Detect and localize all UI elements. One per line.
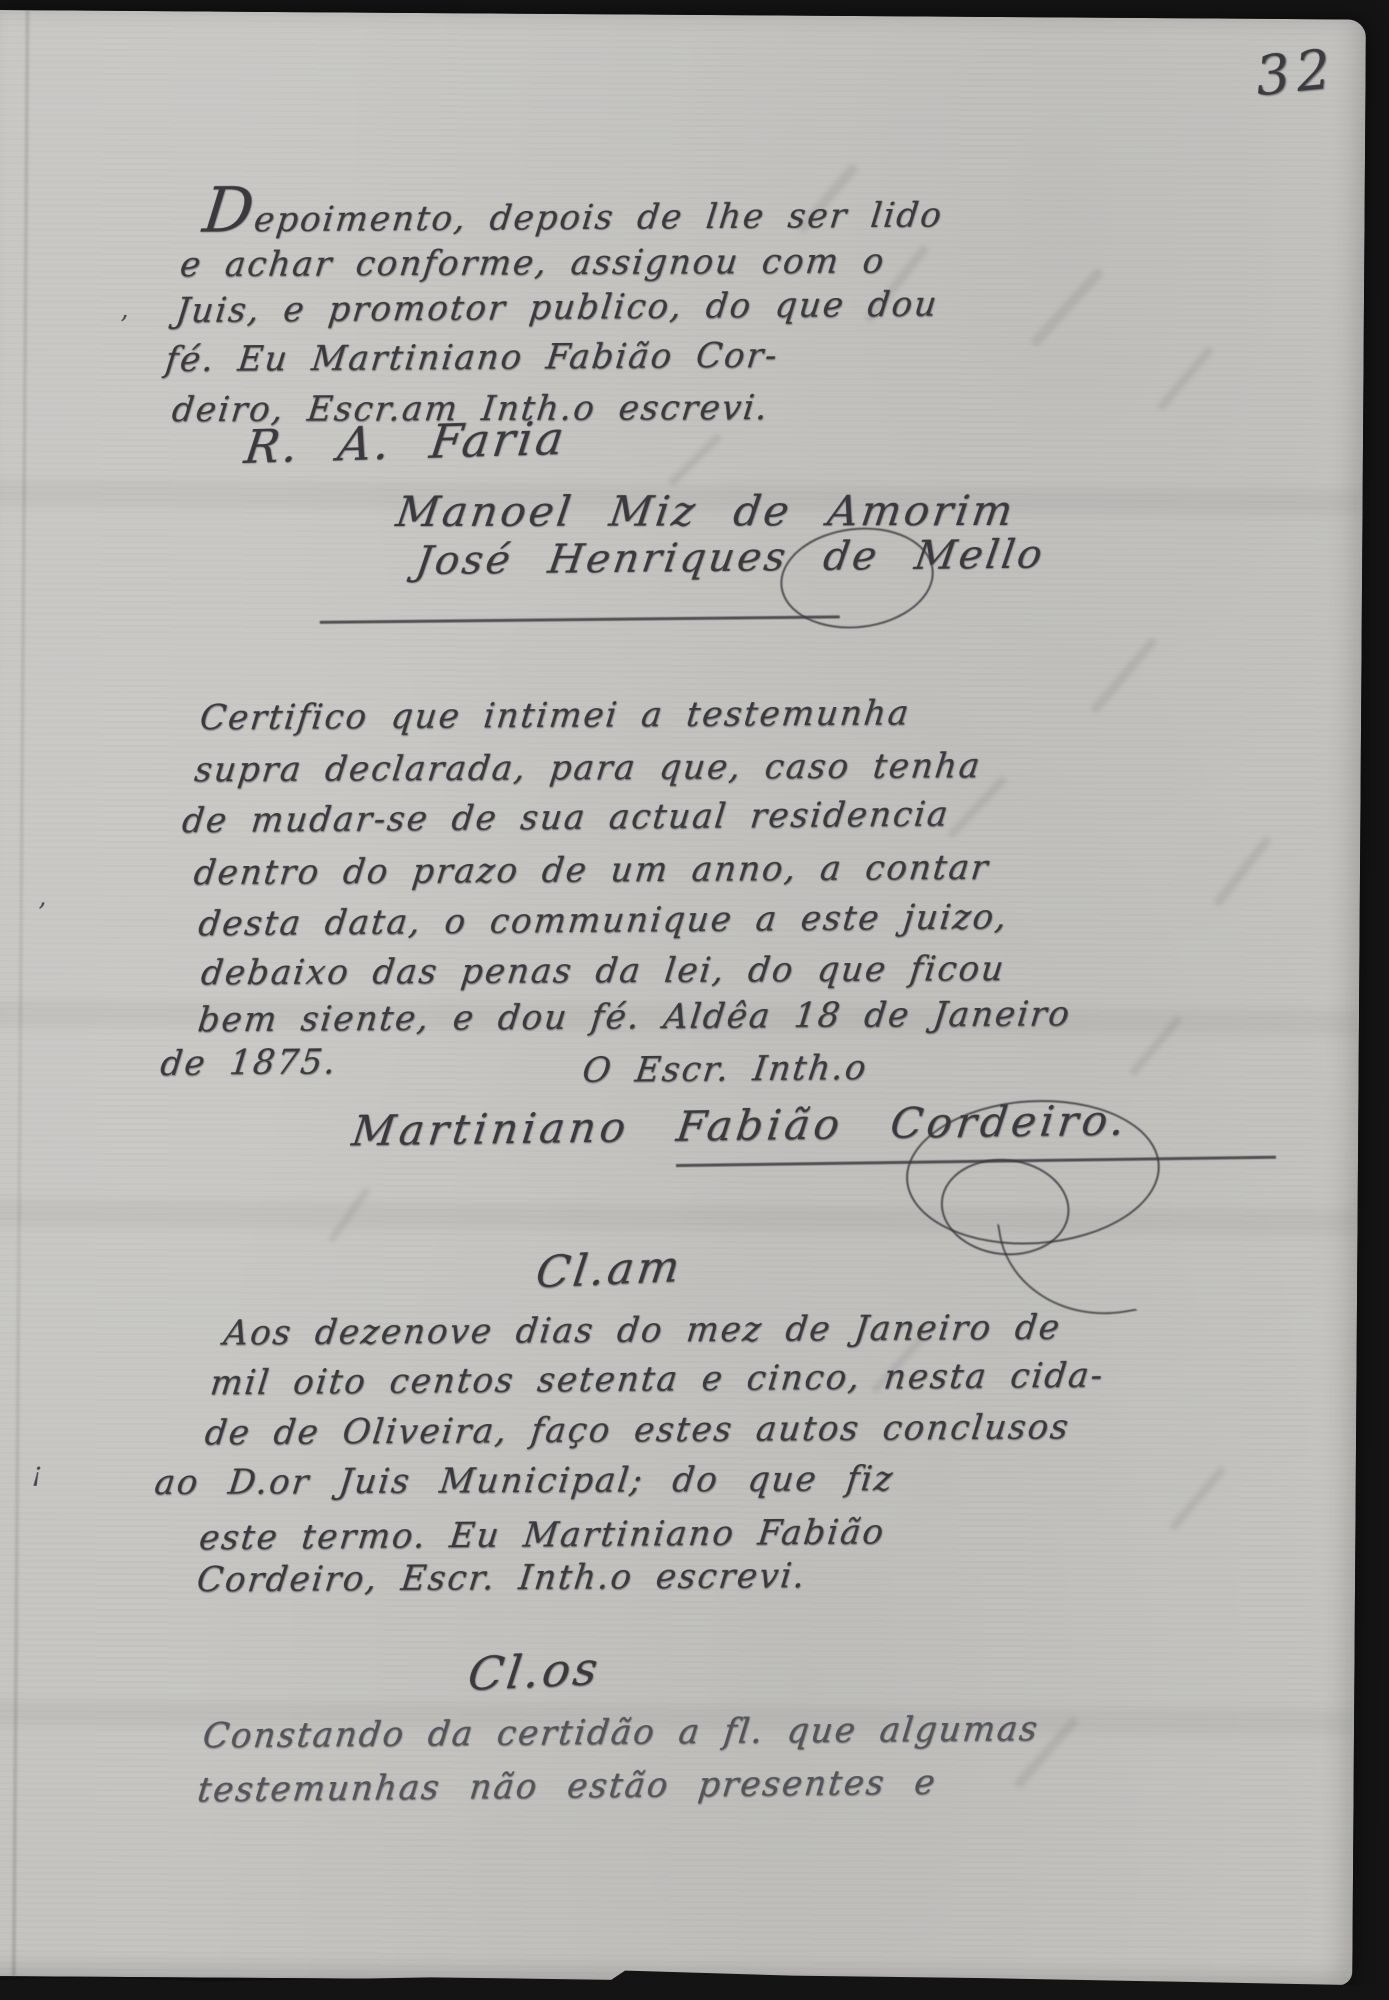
ink-smudge [1090, 636, 1158, 714]
page-fold-crease [12, 10, 29, 1976]
bleed-band [0, 1200, 1358, 1236]
manuscript-line: fé. Eu Martiniano Fabião Cor- [164, 339, 781, 377]
manuscript-line: Juis, e promotor publico, do que dou [174, 288, 940, 329]
ink-smudge [1156, 345, 1214, 411]
manuscript-line: este termo. Eu Martiniano Fabião [197, 1516, 887, 1556]
manuscript-line: Aos dezenove dias do mez de Janeiro de [222, 1311, 1063, 1351]
manuscript-line: de 1875. [159, 1045, 339, 1081]
ink-smudge [667, 432, 722, 487]
manuscript-line: testemunhas não estão presentes e [196, 1766, 939, 1808]
signature-amorim: Manoel Miz de Amorim [394, 490, 1018, 533]
manuscript-line: e achar conforme, assignou com o [178, 245, 887, 283]
manuscript-line: Certifico que intimei a testemunha [198, 697, 912, 736]
manuscript-line: de mudar-se de sua actual residencia [180, 798, 951, 839]
term-heading: Cl.os [465, 1645, 603, 1697]
manuscript-page: 32 ’ ’ ¡ Depoimento, depois de lhe ser l… [0, 10, 1366, 1986]
manuscript-line: mil oito centos setenta e cinco, nesta c… [208, 1359, 1106, 1401]
manuscript-line: desta data, o communique a este juizo, [197, 900, 1010, 941]
manuscript-line: Constando da certidão a fl. que algumas [201, 1712, 1041, 1753]
ink-mark: ’ [38, 898, 46, 928]
scan-frame: 32 ’ ’ ¡ Depoimento, depois de lhe ser l… [0, 0, 1389, 2000]
ink-mark: ¡ [32, 1458, 43, 1488]
manuscript-line: bem siente, e dou fé. Aldêa 18 de Janeir… [196, 997, 1073, 1037]
signature-flourish [320, 615, 840, 623]
ink-mark: ’ [120, 311, 128, 341]
signature-faria: R. A. Faria [242, 415, 569, 470]
manuscript-line: Cordeiro, Escr. Inth.o escrevi. [195, 1559, 808, 1597]
page-number: 32 [1253, 37, 1339, 108]
manuscript-line: debaixo das penas da lei, do que ficou [199, 952, 1007, 990]
manuscript-line: O Escr. Inth.o [580, 1051, 869, 1088]
term-heading: Cl.am [533, 1245, 685, 1295]
manuscript-line: supra declarada, para que, caso tenha [193, 749, 984, 787]
ink-smudge [1030, 267, 1105, 348]
ink-smudge [1213, 835, 1273, 907]
manuscript-line: dentro do prazo de um anno, a contar [192, 851, 991, 891]
manuscript-line: Depoimento, depois de lhe ser lido [200, 174, 948, 241]
ink-smudge [1169, 1465, 1227, 1531]
manuscript-line: ao D.or Juis Municipal; do que fiz [153, 1462, 896, 1500]
signature-mello: José Henriques de Mello [413, 534, 1047, 581]
manuscript-line: de de Oliveira, faço estes autos conclus… [203, 1411, 1072, 1451]
